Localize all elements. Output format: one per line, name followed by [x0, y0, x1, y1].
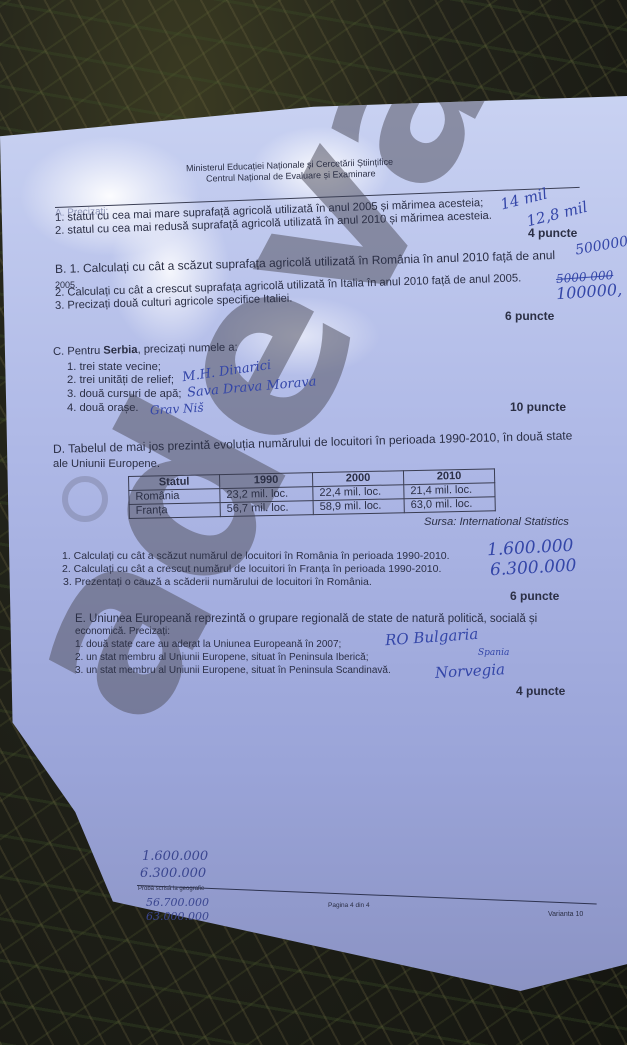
section-c-item-4: 4. două orașe.: [67, 402, 139, 414]
page-number: Pagina 4 din 4: [328, 902, 370, 909]
table-source: Sursa: International Statistics: [424, 516, 569, 528]
section-c-points: 10 puncte: [510, 400, 566, 414]
section-d-item-3: 3. Prezentați o cauză a scăderii numărul…: [63, 576, 372, 588]
section-d-points: 6 puncte: [510, 589, 559, 603]
population-table: Statul 1990 2000 2010 România 23,2 mil. …: [128, 468, 496, 519]
section-e-intro-2: economică. Precizați:: [75, 626, 170, 637]
section-c-item-1: 1. trei state vecine;: [67, 361, 161, 373]
table-cell: Franța: [129, 503, 220, 519]
section-c-item-2: 2. trei unități de relief;: [67, 374, 174, 386]
variant-label: Varianta 10: [548, 911, 583, 918]
handwritten-note-3: 56.700.000: [146, 896, 209, 909]
handwritten-note-2: 6.300.000: [140, 866, 206, 881]
section-e-intro-1: E. Uniunea Europeană reprezintă o grupar…: [75, 613, 537, 625]
handwritten-c3: Grav Niš: [150, 401, 204, 418]
table-cell: 56,7 mil. loc.: [220, 501, 313, 517]
section-d-item-2: 2. Calculați cu cât a crescut numărul de…: [62, 563, 441, 575]
handwritten-note-4: 63.000.000: [146, 910, 209, 923]
section-d-item-1: 1. Calculați cu cât a scăzut numărul de …: [62, 550, 450, 562]
table-cell: 63,0 mil. loc.: [404, 497, 495, 513]
handwritten-e3: Norvegia: [435, 660, 506, 682]
handwritten-note-1: 1.600.000: [142, 849, 208, 864]
section-e-points: 4 puncte: [516, 684, 565, 698]
table-cell: 58,9 mil. loc.: [313, 499, 404, 515]
section-b-points: 6 puncte: [505, 309, 554, 323]
section-c-item-3: 3. două cursuri de apă;: [67, 388, 181, 400]
section-e-item-3: 3. un stat membru al Uniunii Europene, s…: [75, 665, 391, 676]
footer-subject: Probă scrisă la geografie: [138, 886, 204, 892]
section-e-item-2: 2. un stat membru al Uniunii Europene, s…: [75, 652, 369, 663]
section-e-item-1: 1. două state care au aderat la Uniunea …: [75, 639, 341, 650]
stamp-circle: [62, 476, 108, 522]
section-d-intro-2: ale Uniunii Europene.: [53, 458, 160, 470]
handwritten-e2: Spania: [478, 648, 509, 658]
